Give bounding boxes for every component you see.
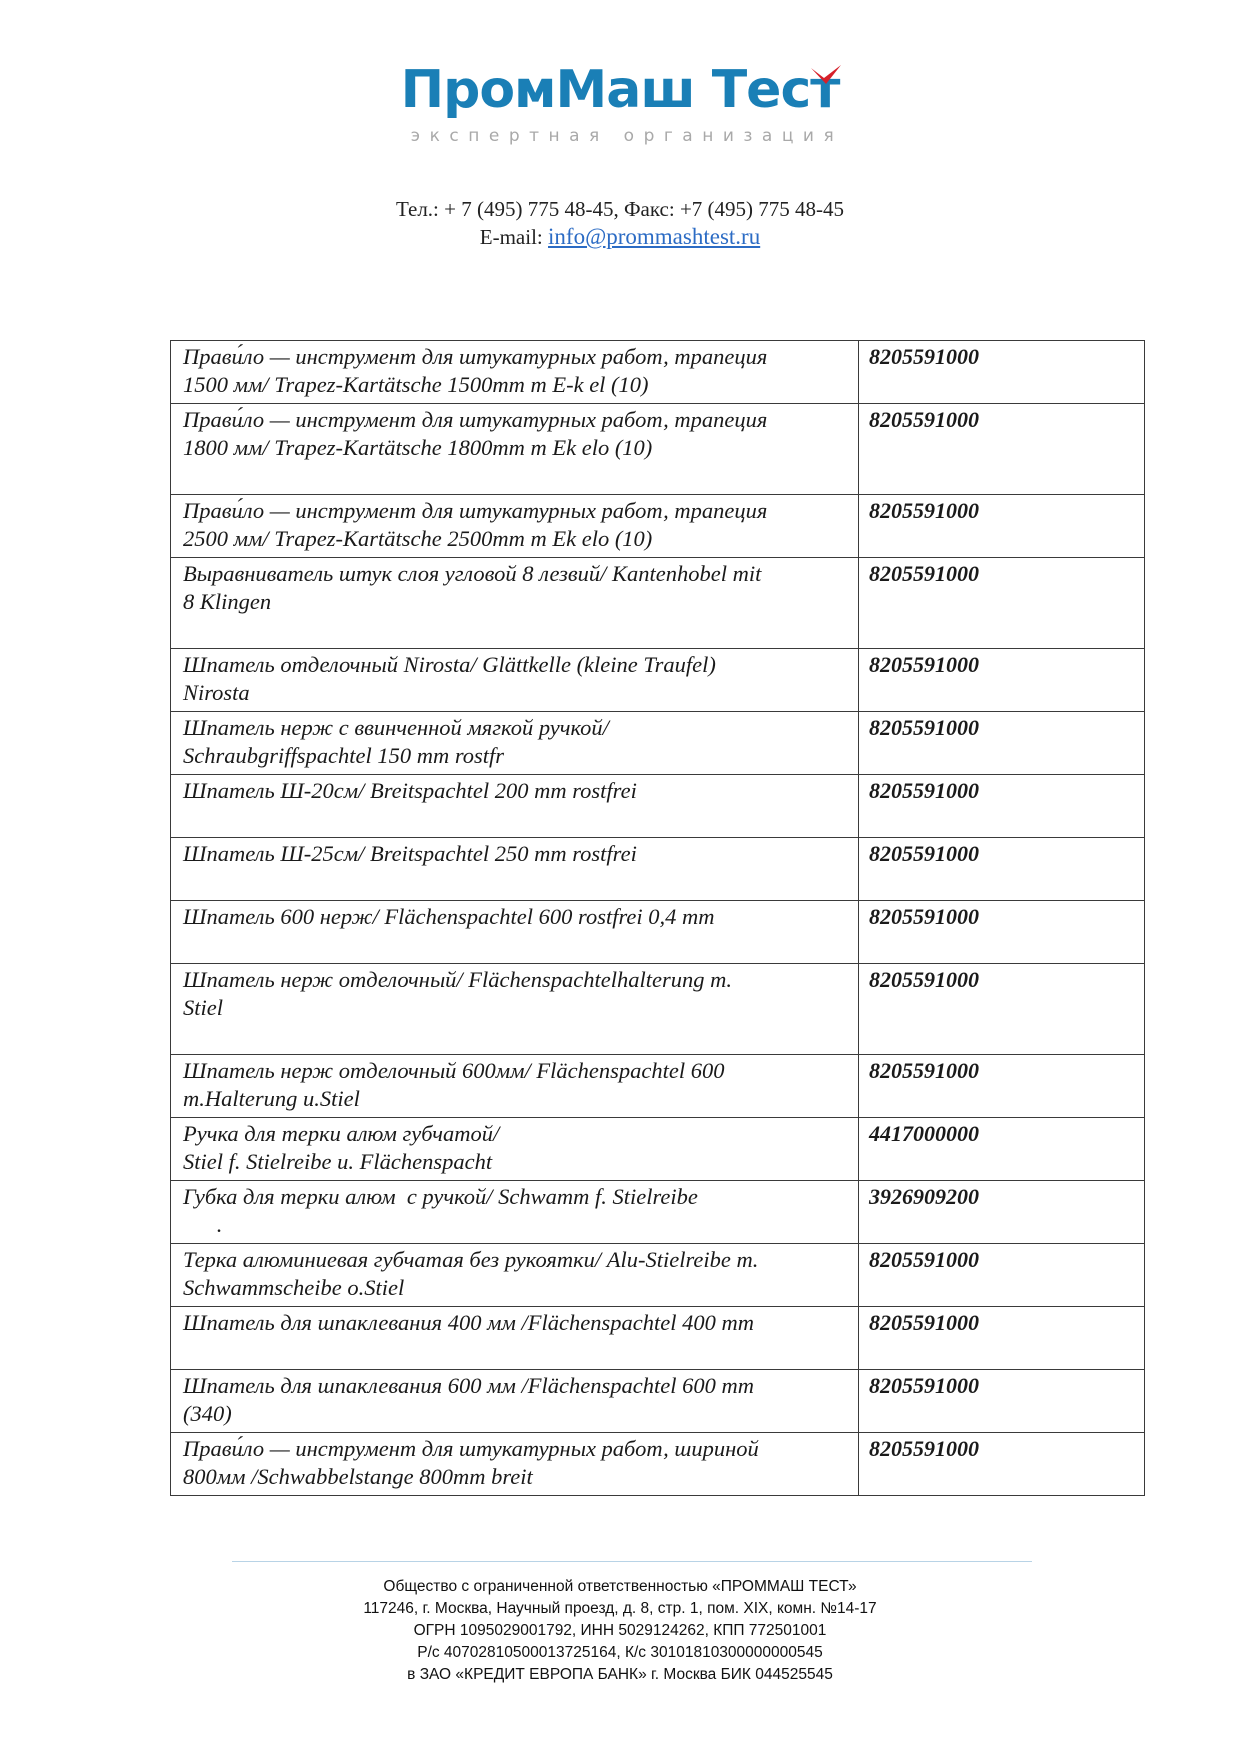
product-description-cell: Прави́ло — инструмент для штукатурных ра… bbox=[171, 495, 859, 558]
table-row: Прави́ло — инструмент для штукатурных ра… bbox=[171, 1433, 1145, 1496]
table-row: Терка алюминиевая губчатая без рукоятки/… bbox=[171, 1244, 1145, 1307]
description-line bbox=[183, 805, 848, 833]
description-line: 1500 мм/ Trapez-Kartätsche 1500mm m E-k … bbox=[183, 371, 848, 399]
hs-code-cell: 8205591000 bbox=[859, 495, 1145, 558]
description-line: Прави́ло — инструмент для штукатурных ра… bbox=[183, 406, 848, 434]
logo-title: ПромМаш Тест bbox=[401, 58, 840, 122]
table-row: Шпатель для шпаклевания 600 мм /Flächens… bbox=[171, 1370, 1145, 1433]
company-footer: Общество с ограниченной ответственностью… bbox=[0, 1576, 1240, 1686]
product-description-cell: Прави́ло — инструмент для штукатурных ра… bbox=[171, 341, 859, 404]
description-line: Прави́ло — инструмент для штукатурных ра… bbox=[183, 343, 848, 371]
description-line: 1800 мм/ Trapez-Kartätsche 1800mm m Ek e… bbox=[183, 434, 848, 462]
description-line bbox=[183, 868, 848, 896]
description-line: Шпатель Ш-25см/ Breitspachtel 250 mm ros… bbox=[183, 840, 848, 868]
description-line: Прави́ло — инструмент для штукатурных ра… bbox=[183, 1435, 848, 1463]
description-line: . bbox=[183, 1211, 848, 1239]
description-line: Шпатель нерж с ввинченной мягкой ручкой/ bbox=[183, 714, 848, 742]
product-description-cell: Выравниватель штук слоя угловой 8 лезвий… bbox=[171, 558, 859, 649]
footer-accounts: Р/с 40702810500013725164, К/с 3010181030… bbox=[0, 1642, 1240, 1664]
contact-block: Тел.: + 7 (495) 775 48-45, Факс: +7 (495… bbox=[0, 195, 1240, 251]
table-row: Шпатель отделочный Nirosta/ Glättkelle (… bbox=[171, 649, 1145, 712]
description-line: Schraubgriffspachtel 150 mm rostfr bbox=[183, 742, 848, 770]
table-row: Шпатель нерж отделочный/ Flächenspachtel… bbox=[171, 964, 1145, 1055]
footer-address: 117246, г. Москва, Научный проезд, д. 8,… bbox=[0, 1598, 1240, 1620]
product-description-cell: Шпатель Ш-20см/ Breitspachtel 200 mm ros… bbox=[171, 775, 859, 838]
product-description-cell: Шпатель 600 нерж/ Flächenspachtel 600 ro… bbox=[171, 901, 859, 964]
product-description-cell: Шпатель для шпаклевания 600 мм /Flächens… bbox=[171, 1370, 859, 1433]
table-row: Прави́ло — инструмент для штукатурных ра… bbox=[171, 341, 1145, 404]
hs-code-cell: 8205591000 bbox=[859, 1055, 1145, 1118]
hs-code-cell: 8205591000 bbox=[859, 1307, 1145, 1370]
product-description-cell: Шпатель отделочный Nirosta/ Glättkelle (… bbox=[171, 649, 859, 712]
table-row: Прави́ло — инструмент для штукатурных ра… bbox=[171, 495, 1145, 558]
description-line: Терка алюминиевая губчатая без рукоятки/… bbox=[183, 1246, 848, 1274]
hs-code-cell: 8205591000 bbox=[859, 901, 1145, 964]
description-line: 8 Klingen bbox=[183, 588, 848, 616]
hs-code-cell: 8205591000 bbox=[859, 1244, 1145, 1307]
hs-code-cell: 8205591000 bbox=[859, 649, 1145, 712]
description-line: Ручка для терки алюм губчатой/ bbox=[183, 1120, 848, 1148]
description-line bbox=[183, 462, 848, 490]
hs-code-cell: 8205591000 bbox=[859, 1433, 1145, 1496]
description-line: Шпатель нерж отделочный 600мм/ Flächensp… bbox=[183, 1057, 848, 1085]
product-description-cell: Шпатель нерж отделочный 600мм/ Flächensp… bbox=[171, 1055, 859, 1118]
hs-code-cell: 8205591000 bbox=[859, 1370, 1145, 1433]
table-row: Шпатель нерж с ввинченной мягкой ручкой/… bbox=[171, 712, 1145, 775]
product-description-cell: Шпатель нерж с ввинченной мягкой ручкой/… bbox=[171, 712, 859, 775]
hs-code-cell: 8205591000 bbox=[859, 712, 1145, 775]
description-line: (340) bbox=[183, 1400, 848, 1428]
description-line: Шпатель для шпаклевания 600 мм /Flächens… bbox=[183, 1372, 848, 1400]
hs-code-cell: 8205591000 bbox=[859, 775, 1145, 838]
description-line: Шпатель нерж отделочный/ Flächenspachtel… bbox=[183, 966, 848, 994]
table-row: Выравниватель штук слоя угловой 8 лезвий… bbox=[171, 558, 1145, 649]
description-line: Прави́ло — инструмент для штукатурных ра… bbox=[183, 497, 848, 525]
description-line bbox=[183, 931, 848, 959]
table-row: Шпатель Ш-25см/ Breitspachtel 250 mm ros… bbox=[171, 838, 1145, 901]
description-line: m.Halterung u.Stiel bbox=[183, 1085, 848, 1113]
goods-table-body: Прави́ло — инструмент для штукатурных ра… bbox=[171, 341, 1145, 1496]
logo-subtitle: экспертная организация bbox=[0, 126, 1240, 146]
description-line: Выравниватель штук слоя угловой 8 лезвий… bbox=[183, 560, 848, 588]
hs-code-cell: 8205591000 bbox=[859, 404, 1145, 495]
table-row: Шпатель Ш-20см/ Breitspachtel 200 mm ros… bbox=[171, 775, 1145, 838]
description-line: 800мм /Schwabbelstange 800mm breit bbox=[183, 1463, 848, 1491]
logo-title-text: ПромМаш Тест bbox=[401, 60, 840, 120]
product-description-cell: Шпатель для шпаклевания 400 мм /Flächens… bbox=[171, 1307, 859, 1370]
product-description-cell: Терка алюминиевая губчатая без рукоятки/… bbox=[171, 1244, 859, 1307]
description-line: Шпатель Ш-20см/ Breitspachtel 200 mm ros… bbox=[183, 777, 848, 805]
goods-table: Прави́ло — инструмент для штукатурных ра… bbox=[170, 340, 1145, 1496]
footer-company-name: Общество с ограниченной ответственностью… bbox=[0, 1576, 1240, 1598]
table-row: Губка для терки алюм с ручкой/ Schwamm f… bbox=[171, 1181, 1145, 1244]
phone-fax-line: Тел.: + 7 (495) 775 48-45, Факс: +7 (495… bbox=[0, 195, 1240, 223]
hs-code-cell: 8205591000 bbox=[859, 964, 1145, 1055]
description-line: Шпатель 600 нерж/ Flächenspachtel 600 ro… bbox=[183, 903, 848, 931]
email-link[interactable]: info@prommashtest.ru bbox=[548, 224, 760, 249]
email-line: E-mail: info@prommashtest.ru bbox=[0, 223, 1240, 251]
table-row: Прави́ло — инструмент для штукатурных ра… bbox=[171, 404, 1145, 495]
description-line bbox=[183, 1022, 848, 1050]
description-line bbox=[183, 1337, 848, 1365]
hs-code-cell: 8205591000 bbox=[859, 341, 1145, 404]
description-line: Губка для терки алюм с ручкой/ Schwamm f… bbox=[183, 1183, 848, 1211]
hs-code-cell: 4417000000 bbox=[859, 1118, 1145, 1181]
table-row: Шпатель для шпаклевания 400 мм /Flächens… bbox=[171, 1307, 1145, 1370]
email-label: E-mail: bbox=[480, 225, 548, 249]
product-description-cell: Ручка для терки алюм губчатой/Stiel f. S… bbox=[171, 1118, 859, 1181]
description-line: Schwammscheibe o.Stiel bbox=[183, 1274, 848, 1302]
checkmark-icon bbox=[809, 64, 843, 86]
description-line: Stiel f. Stielreibe u. Flächenspacht bbox=[183, 1148, 848, 1176]
footer-divider bbox=[232, 1561, 1032, 1562]
product-description-cell: Губка для терки алюм с ручкой/ Schwamm f… bbox=[171, 1181, 859, 1244]
company-logo: ПромМаш Тест экспертная организация bbox=[0, 58, 1240, 146]
hs-code-cell: 8205591000 bbox=[859, 838, 1145, 901]
description-line: Stiel bbox=[183, 994, 848, 1022]
product-description-cell: Шпатель нерж отделочный/ Flächenspachtel… bbox=[171, 964, 859, 1055]
description-line: 2500 мм/ Trapez-Kartätsche 2500mm m Ek e… bbox=[183, 525, 848, 553]
description-line bbox=[183, 616, 848, 644]
description-line: Шпатель отделочный Nirosta/ Glättkelle (… bbox=[183, 651, 848, 679]
hs-code-cell: 8205591000 bbox=[859, 558, 1145, 649]
hs-code-cell: 3926909200 bbox=[859, 1181, 1145, 1244]
table-row: Шпатель нерж отделочный 600мм/ Flächensp… bbox=[171, 1055, 1145, 1118]
footer-registration: ОГРН 1095029001792, ИНН 5029124262, КПП … bbox=[0, 1620, 1240, 1642]
product-description-cell: Прави́ло — инструмент для штукатурных ра… bbox=[171, 1433, 859, 1496]
footer-bank: в ЗАО «КРЕДИТ ЕВРОПА БАНК» г. Москва БИК… bbox=[0, 1664, 1240, 1686]
table-row: Шпатель 600 нерж/ Flächenspachtel 600 ro… bbox=[171, 901, 1145, 964]
description-line: Шпатель для шпаклевания 400 мм /Flächens… bbox=[183, 1309, 848, 1337]
product-description-cell: Шпатель Ш-25см/ Breitspachtel 250 mm ros… bbox=[171, 838, 859, 901]
description-line: Nirosta bbox=[183, 679, 848, 707]
product-description-cell: Прави́ло — инструмент для штукатурных ра… bbox=[171, 404, 859, 495]
table-row: Ручка для терки алюм губчатой/Stiel f. S… bbox=[171, 1118, 1145, 1181]
